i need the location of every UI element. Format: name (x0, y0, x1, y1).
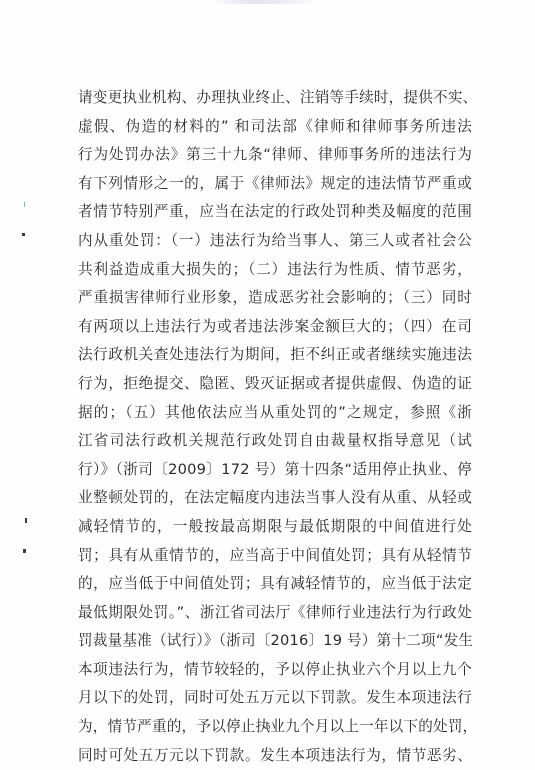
text-line: 行为处罚办法》第三十九条“律师、律师事务所的违法行为 (78, 141, 472, 170)
body-text: 请变更执业机构、办理执业终止、注销等手续时，提供不实、 虚假、伪造的材料的” 和… (78, 84, 472, 770)
text-line: 内从重处罚：（一）违法行为给当事人、第三人或者社会公 (78, 227, 472, 256)
text-line: 江省司法行政机关规范行政处罚自由裁量权指导意见（试 (78, 427, 472, 456)
text-line: 虚假、伪造的材料的” 和司法部《律师和律师事务所违法 (78, 113, 472, 142)
scan-mark (24, 202, 25, 207)
text-line: 罚；具有从重情节的，应当高于中间值处罚；具有从轻情节 (78, 542, 472, 571)
text-line: 共利益造成重大损失的；（二）违法行为性质、情节恶劣， (78, 256, 472, 285)
text-line: 者情节特别严重，应当在法定的行政处罚种类及幅度的范围 (78, 198, 472, 227)
text-line: 据的；（五）其他依法应当从重处罚的”之规定，参照《浙 (78, 399, 472, 428)
text-line: 减轻情节的，一般按最高期限与最低期限的中间值进行处 (78, 513, 472, 542)
text-line: 严重损害律师行业形象，造成恶劣社会影响的；（三）同时 (78, 284, 472, 313)
text-line: 为，情节严重的，予以停止执业九个月以上一年以下的处罚， (78, 713, 472, 742)
text-line: 行）》（浙司〔2009〕172 号）第十四条“适用停止执业、停 (78, 456, 472, 485)
text-line: 业整顿处罚的，在法定幅度内违法当事人没有从重、从轻或 (78, 484, 472, 513)
text-line: 请变更执业机构、办理执业终止、注销等手续时，提供不实、 (78, 84, 472, 113)
text-line: 有下列情形之一的，属于《律师法》规定的违法情节严重或 (78, 170, 472, 199)
text-line: 最低期限处罚。”、浙江省司法厅《律师行业违法行为行政处 (78, 599, 472, 628)
text-line: 法行政机关查处违法行为期间，拒不纠正或者继续实施违法 (78, 341, 472, 370)
text-line: 的，应当低于中间值处罚；具有减轻情节的，应当低于法定 (78, 570, 472, 599)
binding-hole-mark (22, 233, 25, 236)
scan-artifact (210, 0, 320, 4)
page-number: 5 (262, 722, 274, 731)
text-line: 本项违法行为，情节较轻的，予以停止执业六个月以上九个 (78, 656, 472, 685)
text-line: 月以下的处罚，同时可处五万元以下罚款。发生本项违法行 (78, 684, 472, 713)
text-line: 同时可处五万元以下罚款。发生本项违法行为，情节恶劣、 (78, 742, 472, 770)
text-line: 罚裁量基准（试行）》（浙司〔2016〕19 号）第十二项“发生 (78, 627, 472, 656)
text-line: 行为，拒绝提交、隐匿、毁灭证据或者提供虚假、伪造的证 (78, 370, 472, 399)
binding-hole-mark (23, 549, 26, 553)
scan-mark (25, 518, 27, 523)
document-page: 请变更执业机构、办理执业终止、注销等手续时，提供不实、 虚假、伪造的材料的” 和… (0, 0, 535, 770)
text-line: 有两项以上违法行为或者违法涉案金额巨大的；（四）在司 (78, 313, 472, 342)
